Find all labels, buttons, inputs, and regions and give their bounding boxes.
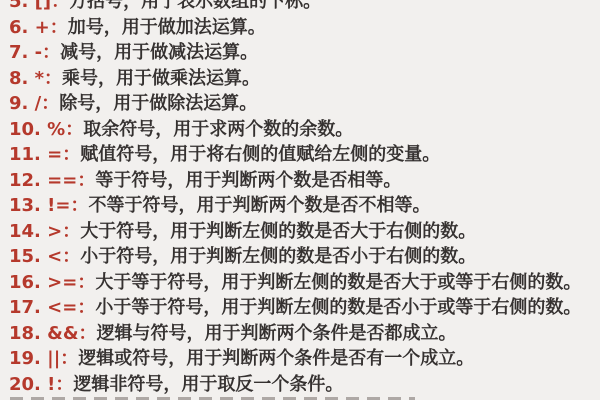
list-item: 20. !：逻辑非符号，用于取反一个条件。 bbox=[9, 372, 600, 398]
list-item: 12. ==：等于符号，用于判断两个数是否相等。 bbox=[9, 168, 600, 194]
list-item: 17. <=：小于等于符号，用于判断左侧的数是否小于或等于右侧的数。 bbox=[9, 295, 600, 321]
item-marker: 16. >=： bbox=[9, 272, 95, 293]
list-item: 9. /：除号，用于做除法运算。 bbox=[9, 91, 600, 117]
item-marker: 12. ==： bbox=[9, 170, 95, 191]
list-item: 19. ||：逻辑或符号，用于判断两个条件是否有一个成立。 bbox=[9, 346, 600, 372]
item-marker: 14. >： bbox=[9, 221, 80, 242]
item-marker: 10. %： bbox=[9, 119, 83, 140]
item-desc: 取余符号，用于求两个数的余数。 bbox=[83, 119, 353, 140]
item-marker: 9. /： bbox=[9, 93, 59, 114]
item-desc: 逻辑或符号，用于判断两个条件是否有一个成立。 bbox=[78, 348, 474, 369]
item-desc: 乘号，用于做乘法运算。 bbox=[62, 68, 260, 89]
item-desc: 逻辑非符号，用于取反一个条件。 bbox=[73, 374, 343, 395]
list-item: 8. *：乘号，用于做乘法运算。 bbox=[9, 66, 600, 92]
list-item: 13. !=：不等于符号，用于判断两个数是否不相等。 bbox=[9, 193, 600, 219]
item-desc: 方括号，用于表示数组的下标。 bbox=[69, 0, 321, 12]
item-marker: 19. ||： bbox=[9, 348, 78, 369]
item-desc: 不等于符号，用于判断两个数是否不相等。 bbox=[88, 195, 430, 216]
item-desc: 大于等于符号，用于判断左侧的数是否大于或等于右侧的数。 bbox=[95, 272, 581, 293]
item-marker: 6. +： bbox=[9, 17, 68, 38]
item-marker: 13. !=： bbox=[9, 195, 88, 216]
item-desc: 小于等于符号，用于判断左侧的数是否小于或等于右侧的数。 bbox=[95, 297, 581, 318]
item-desc: 除号，用于做除法运算。 bbox=[59, 93, 257, 114]
list-item: 14. >：大于符号，用于判断左侧的数是否大于右侧的数。 bbox=[9, 219, 600, 245]
item-marker: 8. *： bbox=[9, 68, 62, 89]
list-item: 10. %：取余符号，用于求两个数的余数。 bbox=[9, 117, 600, 143]
list-item: 18. &&：逻辑与符号，用于判断两个条件是否都成立。 bbox=[9, 321, 600, 347]
item-desc: 小于符号，用于判断左侧的数是否小于右侧的数。 bbox=[80, 246, 476, 267]
item-marker: 15. <： bbox=[9, 246, 80, 267]
item-marker: 18. &&： bbox=[9, 323, 97, 344]
item-desc: 加号，用于做加法运算。 bbox=[68, 17, 266, 38]
list-item: 11. =：赋值符号，用于将右侧的值赋给左侧的变量。 bbox=[9, 142, 600, 168]
item-marker: 17. <=： bbox=[9, 297, 95, 318]
item-marker: 20. !： bbox=[9, 374, 73, 395]
item-desc: 逻辑与符号，用于判断两个条件是否都成立。 bbox=[97, 323, 457, 344]
item-desc: 赋值符号，用于将右侧的值赋给左侧的变量。 bbox=[80, 144, 440, 165]
list-item: 7. -：减号，用于做减法运算。 bbox=[9, 40, 600, 66]
item-marker: 11. =： bbox=[9, 144, 80, 165]
item-desc: 大于符号，用于判断左侧的数是否大于右侧的数。 bbox=[80, 221, 476, 242]
operator-symbol-list: 5. []：方括号，用于表示数组的下标。 6. +：加号，用于做加法运算。 7.… bbox=[9, 0, 600, 397]
item-desc: 等于符号，用于判断两个数是否相等。 bbox=[95, 170, 401, 191]
list-item: 16. >=：大于等于符号，用于判断左侧的数是否大于或等于右侧的数。 bbox=[9, 270, 600, 296]
list-item: 15. <：小于符号，用于判断左侧的数是否小于右侧的数。 bbox=[9, 244, 600, 270]
list-item: 6. +：加号，用于做加法运算。 bbox=[9, 15, 600, 41]
item-marker: 5. []： bbox=[9, 0, 69, 12]
item-desc: 减号，用于做减法运算。 bbox=[60, 42, 258, 63]
list-item: 5. []：方括号，用于表示数组的下标。 bbox=[9, 0, 600, 15]
item-marker: 7. -： bbox=[9, 42, 60, 63]
